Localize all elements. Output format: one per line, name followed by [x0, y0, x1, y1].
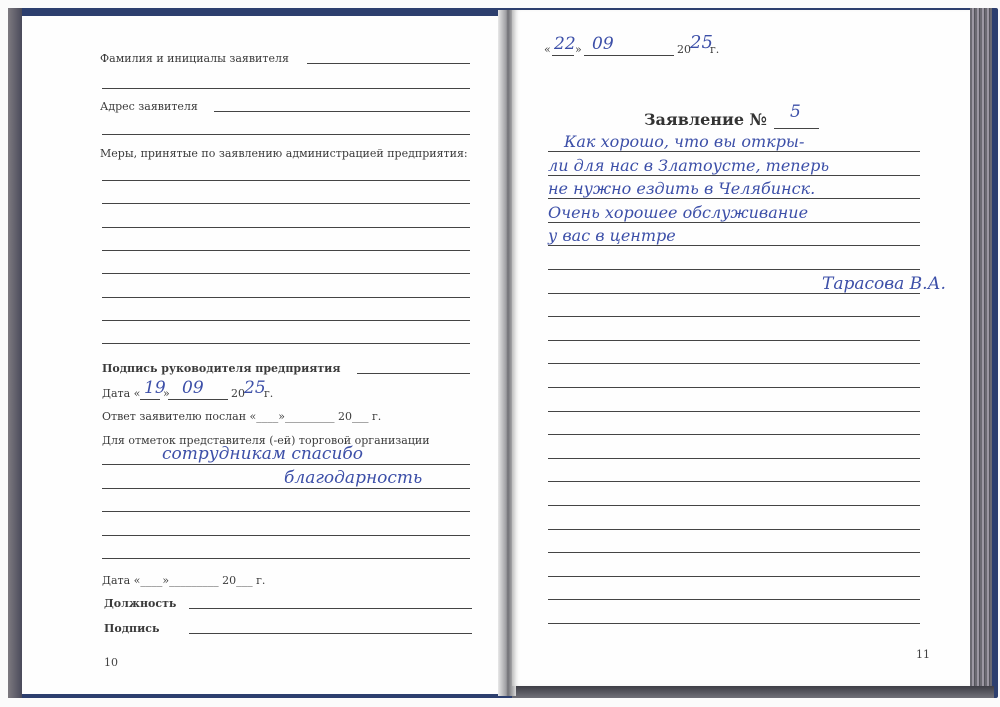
top-date-year-prefix: 20: [677, 43, 691, 56]
statement-title: Заявление №: [644, 110, 767, 129]
statement-ruled-line: [548, 293, 920, 294]
applicant-name-label: Фамилия и инициалы заявителя: [100, 52, 289, 65]
rep-notes-ruled-line: [102, 464, 470, 465]
manager-signature-label: Подпись руководителя предприятия: [102, 362, 340, 375]
top-date-open-quote: «: [544, 43, 551, 56]
measures-ruled-line: [102, 297, 470, 298]
applicant-name-field: [307, 63, 470, 64]
applicant-name-field-2: [102, 88, 470, 89]
measures-ruled-line: [102, 203, 470, 204]
statement-ruled-line: [548, 269, 920, 270]
top-date-month: 09: [592, 34, 614, 54]
statement-ruled-line: [548, 151, 920, 152]
top-date-year-g: г.: [710, 43, 719, 56]
statement-ruled-line: [548, 434, 920, 435]
date-year-g: г.: [264, 387, 273, 400]
right-page: « 22 » 09 20 25 г. Заявление № 5 Как хор…: [512, 10, 970, 686]
measures-ruled-line: [102, 180, 470, 181]
statement-ruled-line: [548, 222, 920, 223]
measures-ruled-line: [102, 320, 470, 321]
applicant-address-label: Адрес заявителя: [100, 100, 198, 113]
page-stack-bottom: [512, 686, 994, 698]
signature-label: Подпись: [104, 622, 159, 635]
statement-ruled-line: [548, 481, 920, 482]
statement-number: 5: [790, 102, 801, 122]
rep-notes-ruled-line: [102, 488, 470, 489]
date-day-line: [140, 399, 160, 400]
applicant-address-field: [214, 111, 470, 112]
statement-line: ли для нас в Златоусте, теперь: [548, 156, 829, 175]
applicant-address-field-2: [102, 134, 470, 135]
rep-notes-ruled-line: [102, 558, 470, 559]
rep-note-line-1: сотрудникам спасибо: [162, 444, 363, 464]
statement-line: не нужно ездить в Челябинск.: [548, 179, 815, 198]
rep-notes-ruled-line: [102, 535, 470, 536]
measures-label: Меры, принятые по заявлению администраци…: [100, 147, 468, 160]
statement-ruled-line: [548, 576, 920, 577]
signature-field: [189, 633, 472, 634]
statement-ruled-line: [548, 599, 920, 600]
statement-ruled-line: [548, 505, 920, 506]
date-year: 25: [244, 378, 266, 398]
manager-signature-field: [357, 373, 470, 374]
statement-ruled-line: [548, 529, 920, 530]
statement-ruled-line: [548, 458, 920, 459]
top-date-day-line: [552, 55, 574, 56]
date-month: 09: [182, 378, 204, 398]
page-stack-edge: [970, 8, 992, 694]
statement-ruled-line: [548, 340, 920, 341]
left-page: Фамилия и инициалы заявителя Адрес заяви…: [22, 16, 502, 694]
cover-edge: [8, 8, 22, 698]
applicant-signature: Тарасова В.А.: [822, 274, 946, 294]
measures-ruled-line: [102, 227, 470, 228]
statement-line: Как хорошо, что вы откры-: [564, 132, 804, 151]
measures-ruled-line: [102, 250, 470, 251]
page-number-left: 10: [104, 656, 118, 669]
top-date-day: 22: [554, 34, 576, 54]
date-year-prefix: 20: [231, 387, 245, 400]
statement-ruled-line: [548, 387, 920, 388]
statement-ruled-line: [548, 552, 920, 553]
measures-ruled-line: [102, 343, 470, 344]
top-date-close-quote: »: [575, 43, 582, 56]
date-label: Дата «: [102, 387, 140, 400]
measures-ruled-line: [102, 273, 470, 274]
statement-line: Очень хорошее обслуживание: [548, 203, 808, 222]
statement-ruled-line: [548, 411, 920, 412]
statement-ruled-line: [548, 175, 920, 176]
date-month-line: [168, 399, 228, 400]
position-field: [189, 608, 472, 609]
statement-ruled-line: [548, 245, 920, 246]
date2-label: Дата «____»_________ 20___ г.: [102, 574, 265, 587]
statement-number-line: [774, 128, 819, 129]
statement-ruled-line: [548, 363, 920, 364]
statement-line: у вас в центре: [548, 226, 676, 245]
rep-notes-ruled-line: [102, 511, 470, 512]
top-date-month-line: [584, 55, 674, 56]
rep-note-line-2: благодарность: [284, 468, 422, 488]
position-label: Должность: [104, 597, 176, 610]
statement-ruled-line: [548, 623, 920, 624]
statement-ruled-line: [548, 198, 920, 199]
statement-ruled-line: [548, 316, 920, 317]
reply-sent-label: Ответ заявителю послан «____»_________ 2…: [102, 410, 381, 423]
page-number-right: 11: [916, 648, 930, 661]
